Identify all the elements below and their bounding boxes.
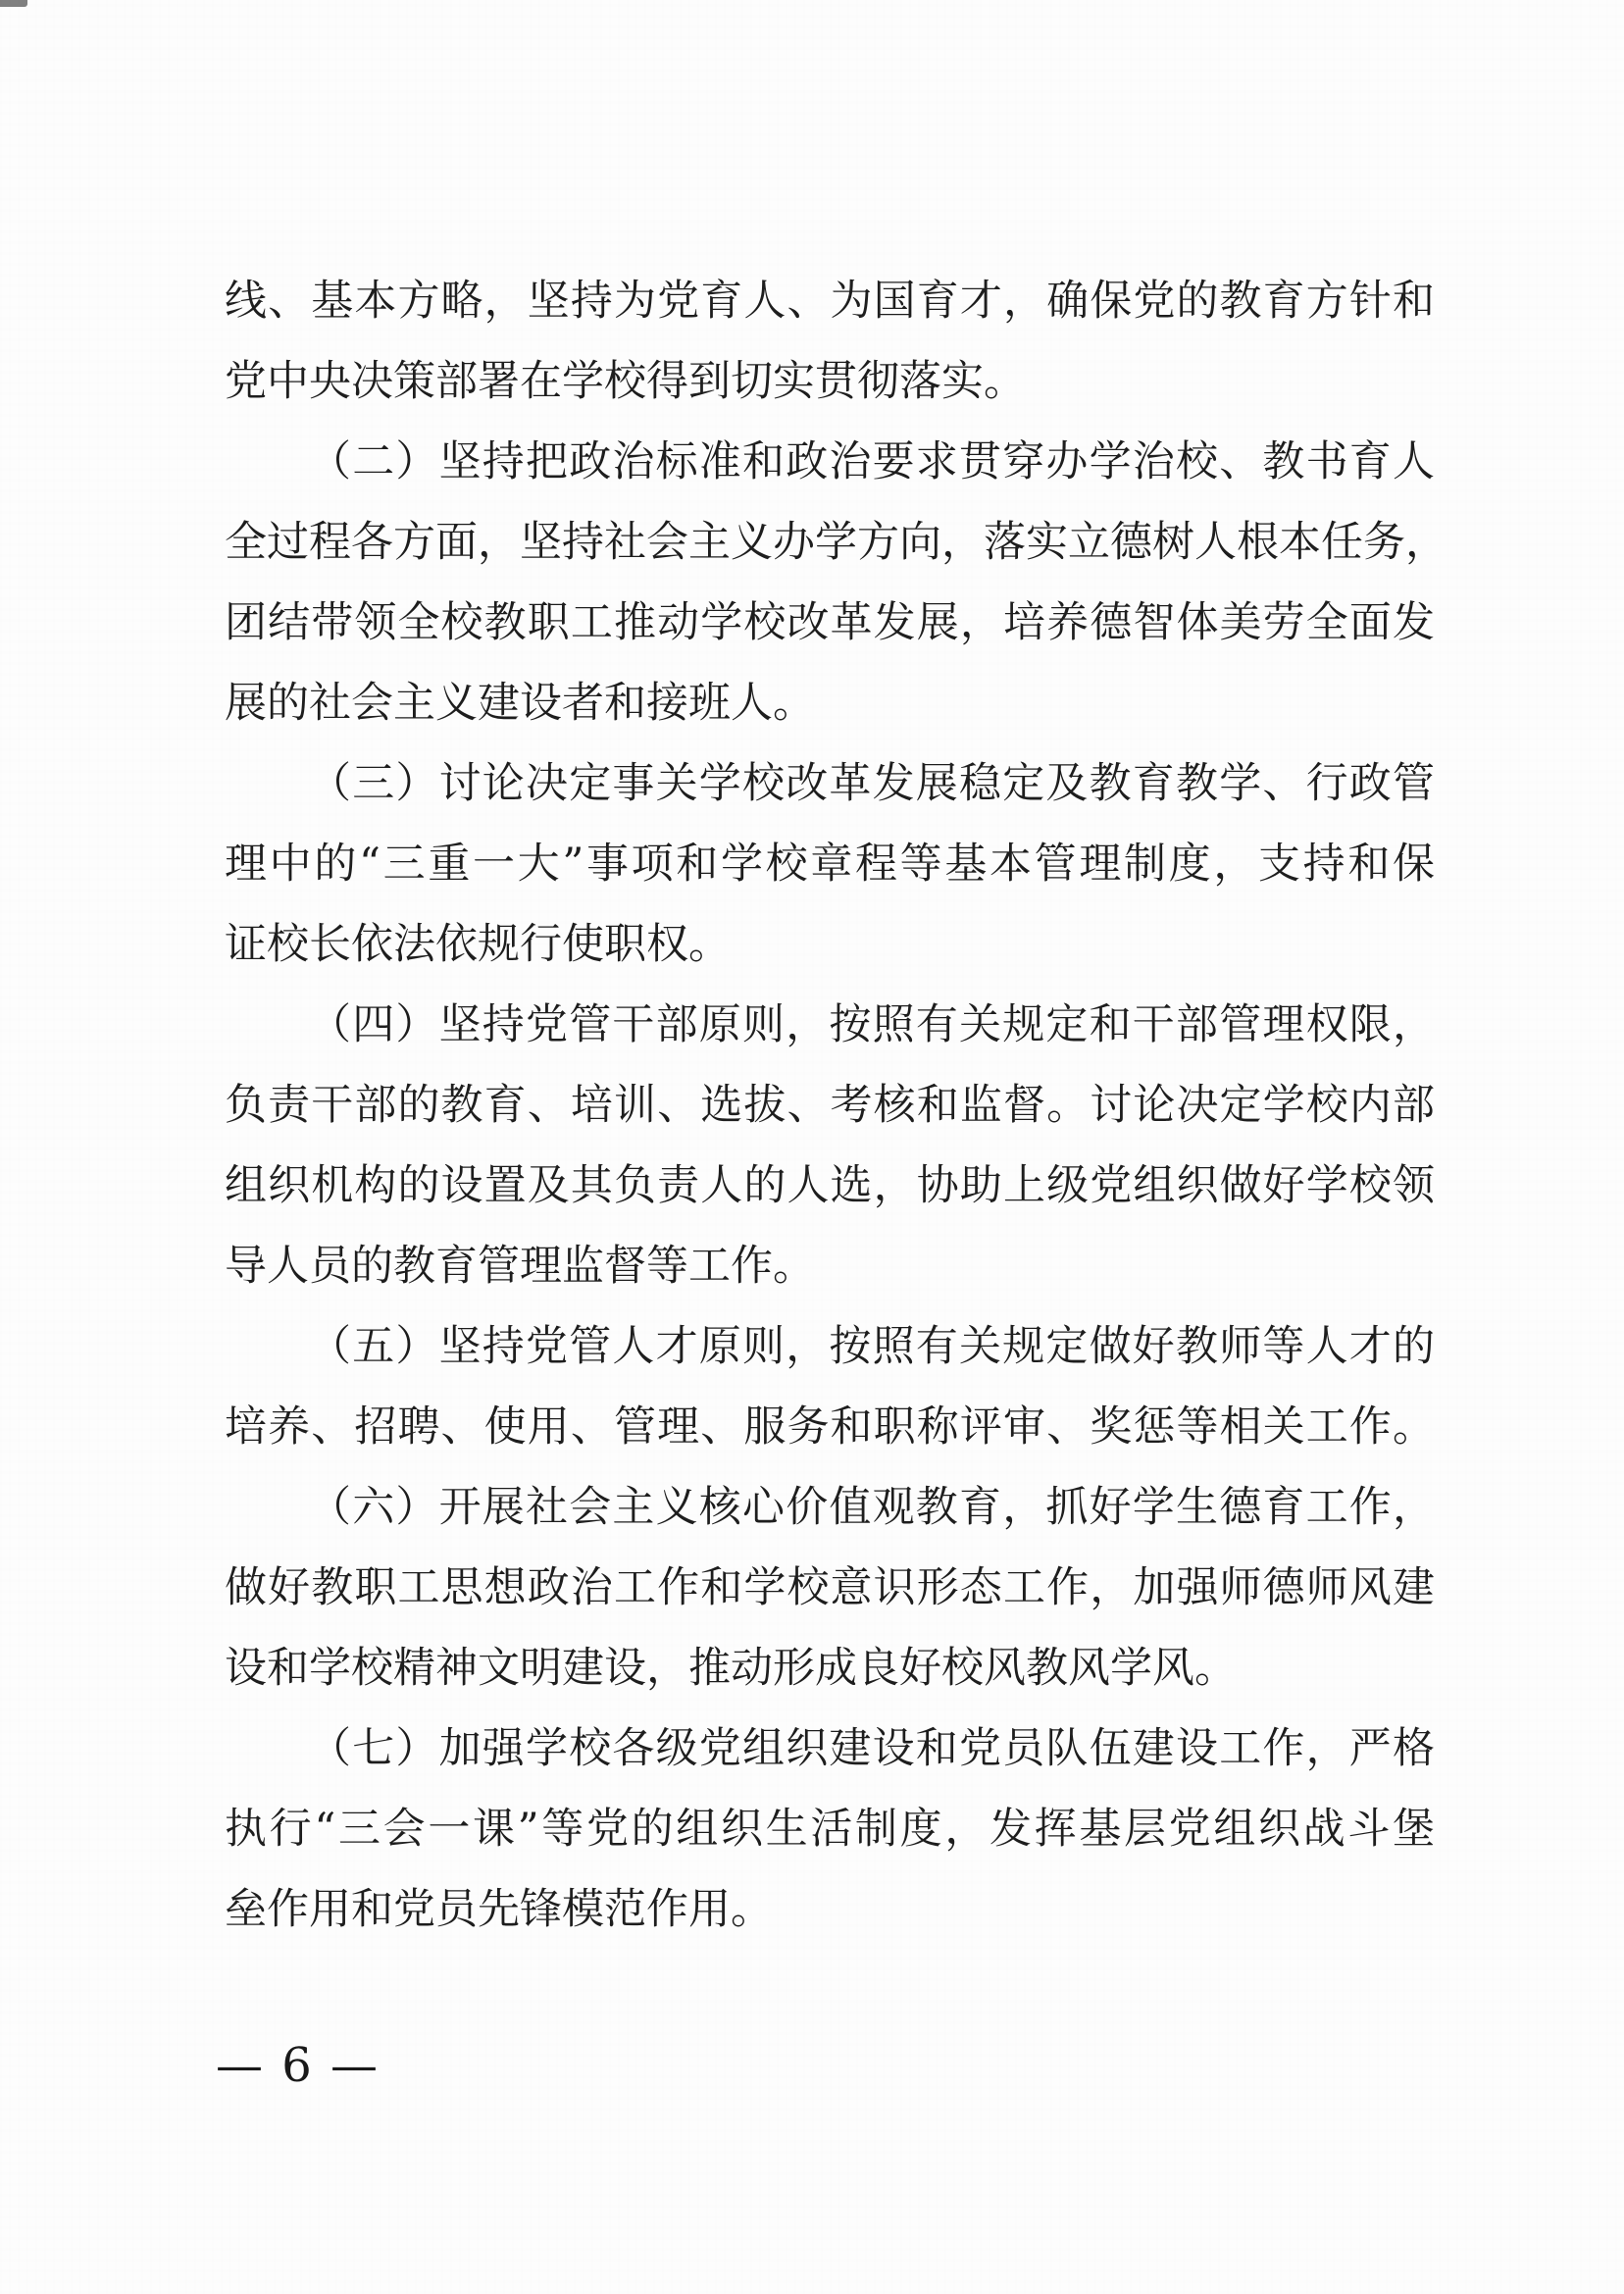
text-line: （七）加强学校各级党组织建设和党员队伍建设工作，严格 [225,1708,1435,1789]
text-line: （二）坚持把政治标准和政治要求贯穿办学治校、教书育人 [225,422,1435,502]
text-line: （六）开展社会主义核心价值观教育，抓好学生德育工作， [225,1467,1435,1548]
document-page: 线、基本方略，坚持为党育人、为国育才，确保党的教育方针和 党中央决策部署在学校得… [0,0,1624,2294]
text-line: 培养、招聘、使用、管理、服务和职称评审、奖惩等相关工作。 [225,1387,1435,1467]
document-body-text: 线、基本方略，坚持为党育人、为国育才，确保党的教育方针和 党中央决策部署在学校得… [225,261,1435,1950]
text-line: 线、基本方略，坚持为党育人、为国育才，确保党的教育方针和 [225,261,1435,341]
scan-edge-mark [0,0,27,7]
text-line: （四）坚持党管干部原则，按照有关规定和干部管理权限， [225,985,1435,1065]
text-line: 组织机构的设置及其负责人的人选，协助上级党组织做好学校领 [225,1146,1435,1226]
text-line: （三）讨论决定事关学校改革发展稳定及教育教学、行政管 [225,743,1435,824]
text-line: 展的社会主义建设者和接班人。 [225,663,1435,743]
text-line: 理中的“三重一大”事项和学校章程等基本管理制度，支持和保 [225,824,1435,904]
text-line: 党中央决策部署在学校得到切实贯彻落实。 [225,341,1435,422]
text-line: 做好教职工思想政治工作和学校意识形态工作，加强师德师风建 [225,1548,1435,1628]
page-number: — 6 — [216,2038,380,2093]
text-line: 负责干部的教育、培训、选拔、考核和监督。讨论决定学校内部 [225,1065,1435,1146]
text-line: 全过程各方面，坚持社会主义办学方向，落实立德树人根本任务， [225,502,1435,583]
text-line: 垒作用和党员先锋模范作用。 [225,1869,1435,1950]
text-line: 设和学校精神文明建设，推动形成良好校风教风学风。 [225,1628,1435,1708]
text-line: 证校长依法依规行使职权。 [225,904,1435,985]
text-line: 导人员的教育管理监督等工作。 [225,1226,1435,1306]
text-line: 团结带领全校教职工推动学校改革发展，培养德智体美劳全面发 [225,583,1435,663]
text-line: （五）坚持党管人才原则，按照有关规定做好教师等人才的 [225,1306,1435,1387]
text-line: 执行“三会一课”等党的组织生活制度，发挥基层党组织战斗堡 [225,1789,1435,1869]
